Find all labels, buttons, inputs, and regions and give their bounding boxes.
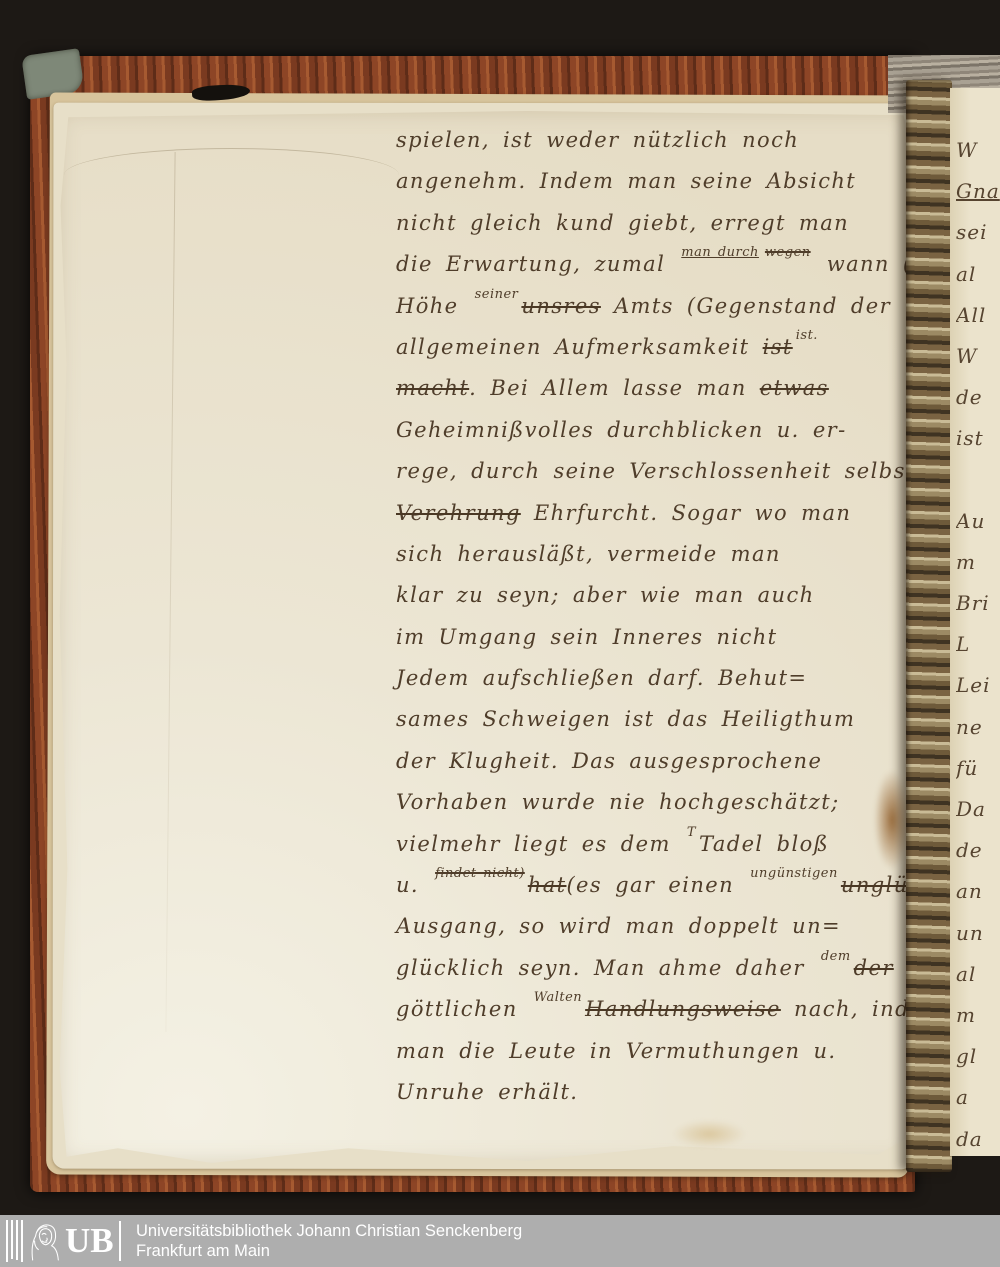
struck-word: ist (763, 335, 793, 359)
manuscript-line: macht. Bei Allem lasse man etwas (396, 368, 918, 409)
facing-page-line-fragment: L (956, 624, 1000, 665)
inserted-word: Walten (534, 991, 582, 1004)
facing-page-text-fragments: WGnaseialAllWdeistAumBriLLeinefüDadeanun… (956, 130, 1000, 1156)
institution-line2: Frankfurt am Main (136, 1241, 522, 1261)
handwritten-text: . Bei Allem lasse man (469, 376, 760, 400)
facing-page-line-fragment: ne (956, 707, 1000, 748)
handwritten-text: Vorhaben wurde nie hochgeschätzt; (396, 790, 840, 814)
handwritten-text: man die Leute in Vermuthungen u. (396, 1039, 836, 1063)
handwritten-text: sames Schweigen ist das Heiligthum (396, 707, 855, 731)
facing-page-line-fragment (956, 460, 1000, 501)
manuscript-line: spielen, ist weder nützlich noch (396, 120, 918, 161)
handwritten-text: Amts (Gegenstand der (601, 294, 891, 318)
manuscript-line: Verehrung Ehrfurcht. Sogar wo man (396, 493, 918, 534)
handwritten-text: Höhe (396, 294, 472, 318)
manuscript-line: Höhe seinerunsres Amts (Gegenstand der (396, 286, 918, 327)
page-stain-bottom (672, 1120, 746, 1148)
manuscript-line: glücklich seyn. Man ahme daher demder (396, 948, 918, 989)
facing-page-line-fragment: W (956, 336, 1000, 377)
facing-page-line-fragment: Lei (956, 665, 1000, 706)
manuscript-line: im Umgang sein Inneres nicht (396, 617, 918, 658)
handwritten-text: im Umgang sein Inneres nicht (396, 625, 778, 649)
facing-page-line-fragment: de (956, 830, 1000, 871)
handwritten-text: Geheimnißvolles durchblicken u. er- (396, 418, 847, 442)
facing-page-line-fragment: al (956, 254, 1000, 295)
handwritten-text: nicht gleich kund giebt, erregt man (396, 211, 849, 235)
facing-page-line-fragment: m (956, 995, 1000, 1036)
manuscript-line: göttlichen WaltenHandlungsweise nach, in… (396, 989, 918, 1030)
struck-word: hat (528, 873, 567, 897)
manuscript-line: sich herausläßt, vermeide man (396, 534, 918, 575)
handwritten-text: sich herausläßt, vermeide man (396, 542, 781, 566)
handwritten-text: der Klugheit. Das ausgesprochene (396, 749, 822, 773)
facing-page-line-fragment: m (956, 542, 1000, 583)
facing-page-line-fragment: Au (956, 501, 1000, 542)
struck-word: macht (396, 376, 469, 400)
facing-page-line-fragment: ist (956, 418, 1000, 459)
institution-line1: Universitätsbibliothek Johann Christian … (136, 1221, 522, 1241)
inserted-struck-word: wegen (765, 246, 811, 259)
manuscript-line: u. findet nicht)hat(es gar einen ungünst… (396, 865, 918, 906)
facing-page-line-fragment: gl (956, 1036, 1000, 1077)
handwritten-text: spielen, ist weder nützlich noch (396, 128, 799, 152)
book-spines-icon (6, 1220, 23, 1262)
handwritten-text: (es gar einen (566, 873, 747, 897)
manuscript-line: Jedem aufschließen darf. Behut= (396, 658, 918, 699)
struck-word: unsres (521, 294, 600, 318)
senckenberg-portrait-icon (26, 1220, 64, 1262)
handwritten-text: Unruhe erhält. (396, 1080, 578, 1104)
facing-page-edge: WGnaseialAllWdeistAumBriLLeinefüDadeanun… (950, 88, 1000, 1156)
manuscript-text: spielen, ist weder nützlich nochangenehm… (396, 120, 918, 1113)
inserted-word: dem (821, 950, 851, 963)
institution-name: Universitätsbibliothek Johann Christian … (136, 1221, 522, 1261)
handwritten-text: Tadel bloß (699, 832, 829, 856)
handwritten-text: Ehrfurcht. Sogar wo man (521, 501, 852, 525)
struck-word: etwas (760, 376, 829, 400)
facing-page-line-fragment: al (956, 954, 1000, 995)
facing-page-line-fragment: Da (956, 789, 1000, 830)
facing-page-line-fragment: de (956, 377, 1000, 418)
inserted-word: seiner (475, 288, 519, 301)
handwritten-text: klar zu seyn; aber wie man auch (396, 583, 815, 607)
manuscript-line: rege, durch seine Verschlossenheit selbs… (396, 451, 918, 492)
handwritten-text: rege, durch seine Verschlossenheit selbs… (396, 459, 924, 483)
struck-word: Handlungsweise (585, 997, 781, 1021)
manuscript-line: Geheimnißvolles durchblicken u. er- (396, 410, 918, 451)
manuscript-line: nicht gleich kund giebt, erregt man (396, 203, 918, 244)
manuscript-line: Vorhaben wurde nie hochgeschätzt; (396, 782, 918, 823)
handwritten-text: vielmehr liegt es dem (396, 832, 684, 856)
facing-page-line-fragment: an (956, 871, 1000, 912)
inserted-word: ungünstigen (750, 867, 838, 880)
library-footer-bar: UB Universitätsbibliothek Johann Christi… (0, 1215, 1000, 1267)
manuscript-line: Unruhe erhält. (396, 1072, 918, 1113)
handwritten-text: angenehm. Indem man seine Absicht (396, 169, 856, 193)
manuscript-line: die Erwartung, zumal man durchwegen wann… (396, 244, 918, 285)
struck-word: der (854, 956, 894, 980)
facing-page-line-fragment: da (956, 1119, 1000, 1157)
facing-page-line-fragment: Bri (956, 583, 1000, 624)
handwritten-text: Ausgang, so wird man doppelt un= (396, 914, 841, 938)
manuscript-line: Ausgang, so wird man doppelt un= (396, 906, 918, 947)
ub-logo-text: UB (65, 1220, 114, 1262)
handwritten-text: glücklich seyn. Man ahme daher (396, 956, 818, 980)
facing-page-line-fragment: fü (956, 748, 1000, 789)
facing-page-line-fragment: Gna (956, 171, 1000, 212)
library-logo: UB (6, 1218, 124, 1264)
facing-page-line-fragment: All (956, 295, 1000, 336)
inserted-word: man durch (681, 246, 759, 259)
manuscript-line: der Klugheit. Das ausgesprochene (396, 741, 918, 782)
logo-divider (119, 1221, 121, 1261)
inserted-word: ist. (796, 329, 818, 342)
manuscript-line: vielmehr liegt es dem TTadel bloß (396, 824, 918, 865)
facing-page-line-fragment: un (956, 913, 1000, 954)
facing-page-line-fragment: sei (956, 212, 1000, 253)
handwritten-text: die Erwartung, zumal (396, 252, 678, 276)
handwritten-text: u. (396, 873, 432, 897)
book-binding-gutter (906, 80, 952, 1172)
facing-page-line-fragment: a (956, 1077, 1000, 1118)
handwritten-text: Jedem aufschließen darf. Behut= (396, 666, 807, 690)
handwritten-text: allgemeinen Aufmerksamkeit (396, 335, 763, 359)
struck-word: Verehrung (396, 501, 521, 525)
manuscript-line: man die Leute in Vermuthungen u. (396, 1031, 918, 1072)
manuscript-line: allgemeinen Aufmerksamkeit istist. (396, 327, 918, 368)
manuscript-line: angenehm. Indem man seine Absicht (396, 161, 918, 202)
facing-page-line-fragment: W (956, 130, 1000, 171)
manuscript-line: klar zu seyn; aber wie man auch (396, 575, 918, 616)
handwritten-text: göttlichen (396, 997, 531, 1021)
inserted-word: T (687, 826, 696, 839)
manuscript-line: sames Schweigen ist das Heiligthum (396, 699, 918, 740)
inserted-struck-word: findet nicht) (435, 867, 525, 880)
